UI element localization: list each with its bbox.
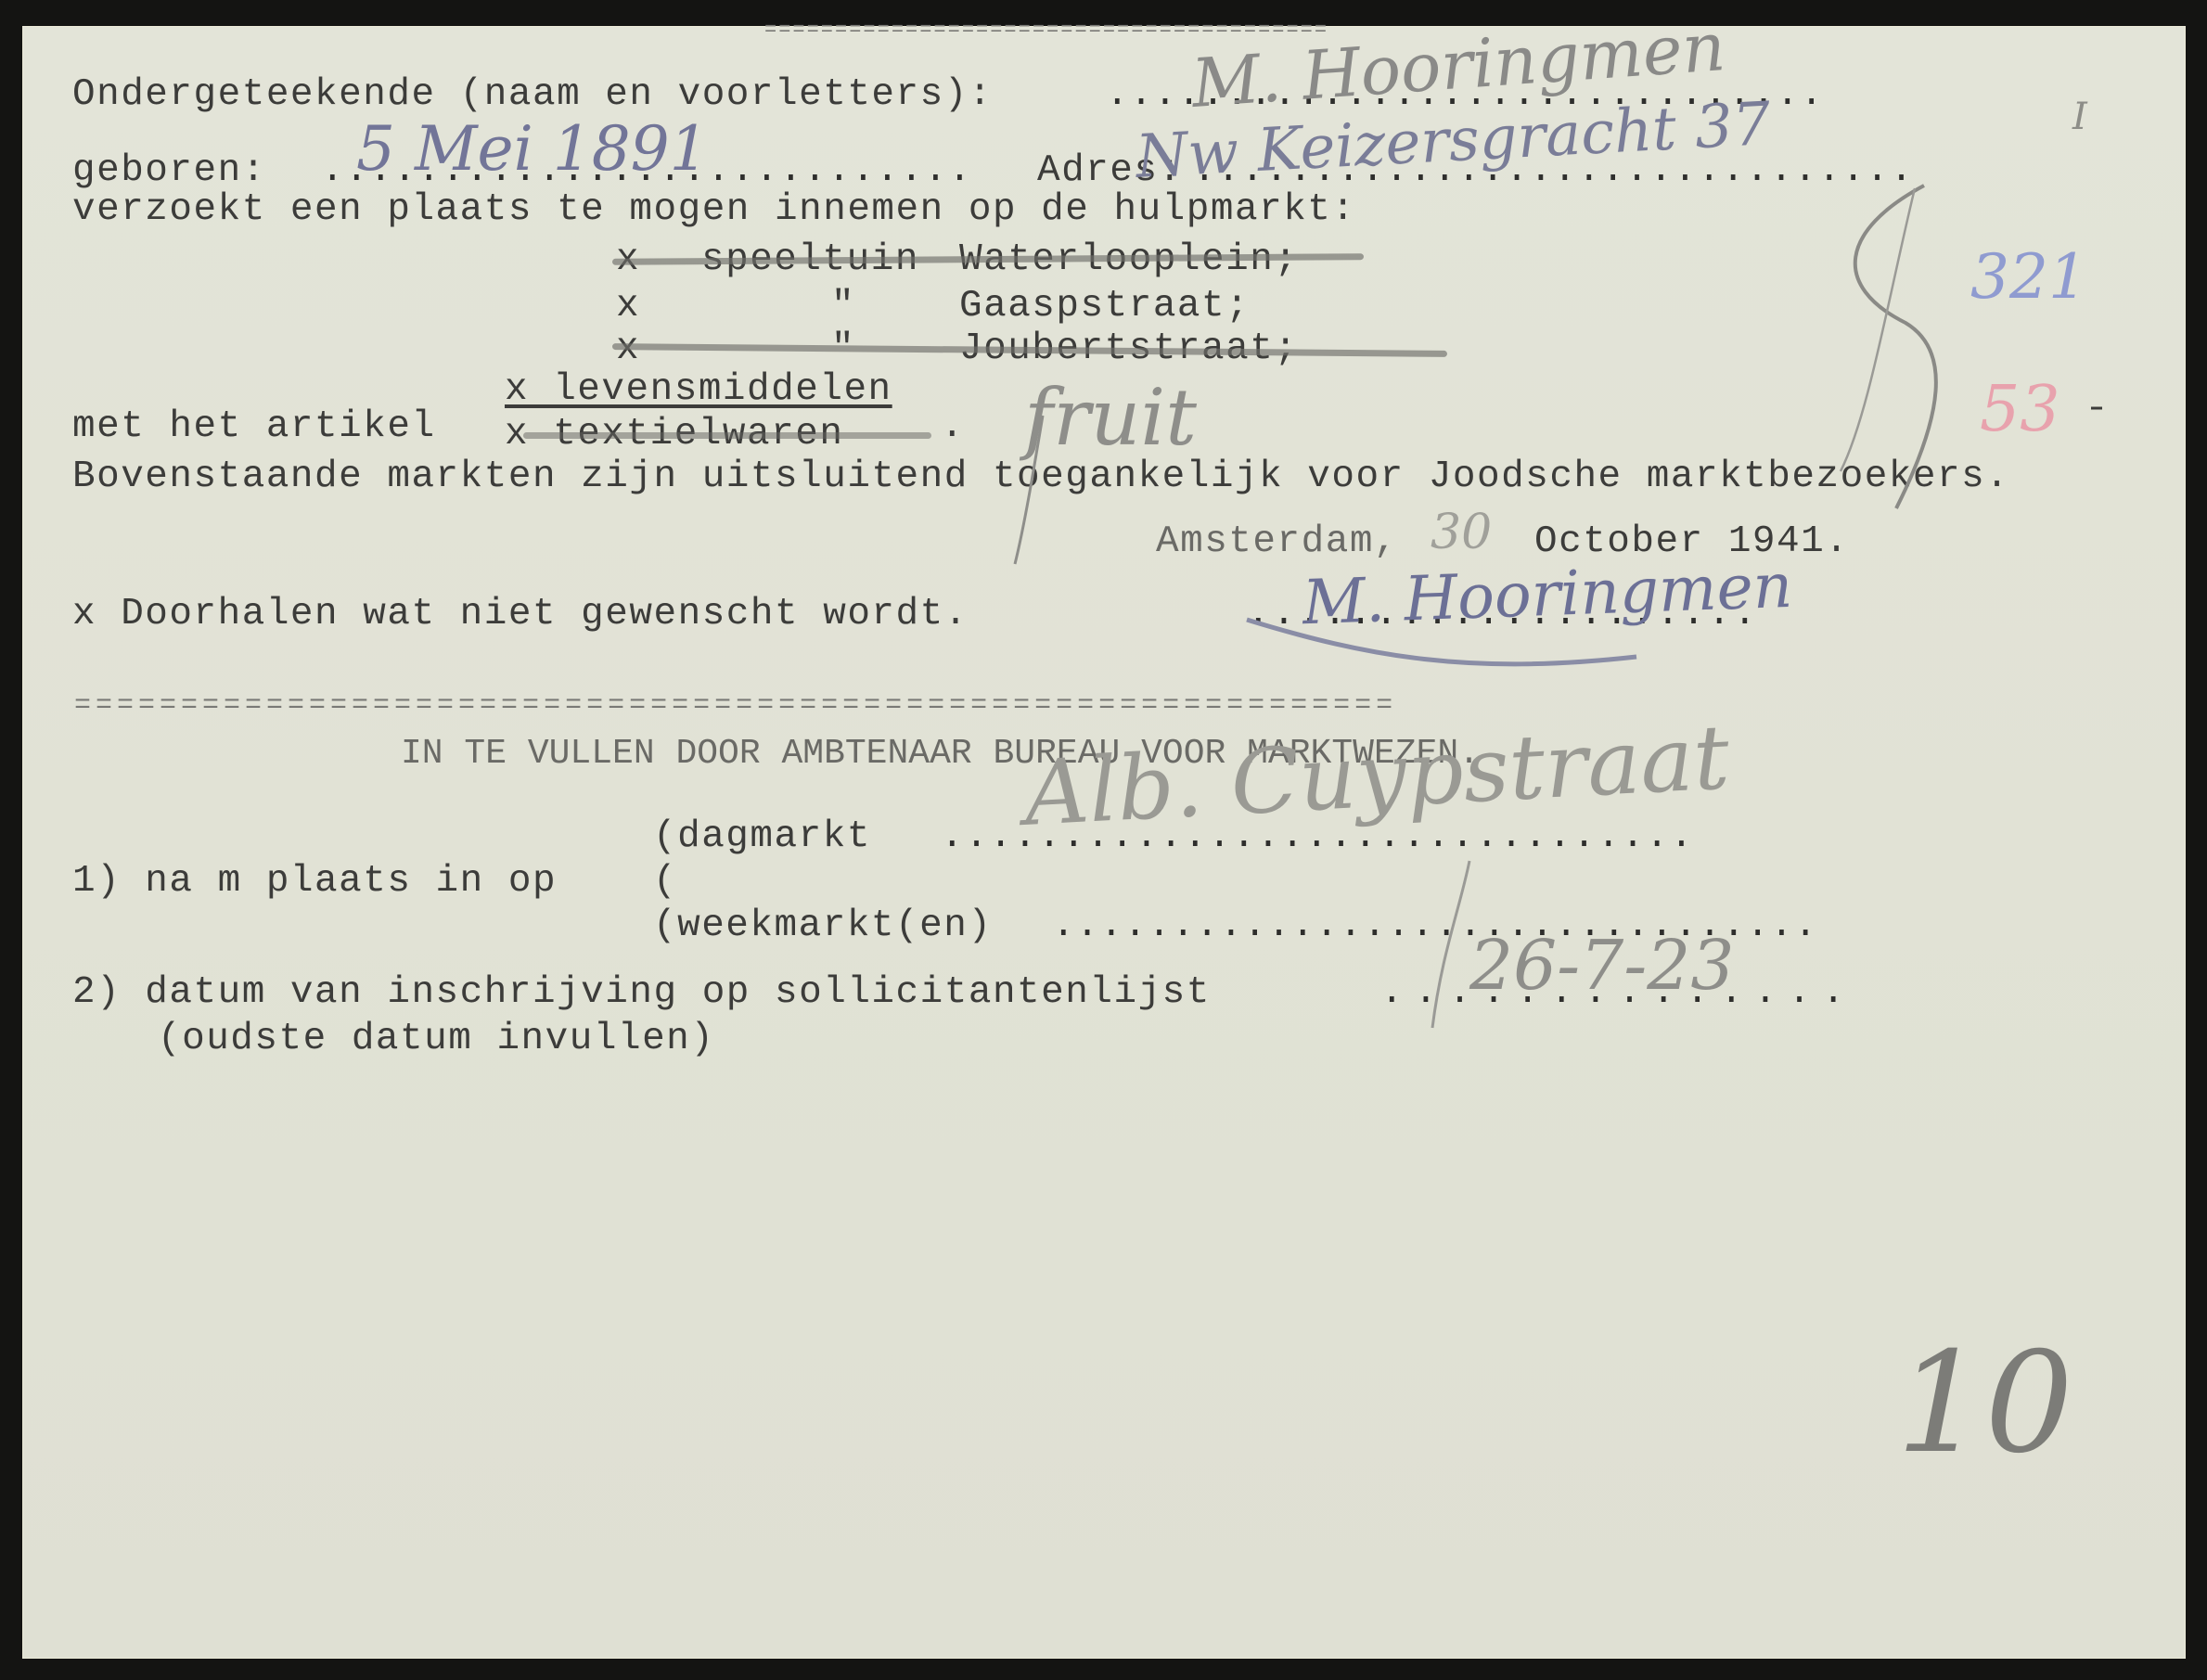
page-number: 10 bbox=[1896, 1334, 2073, 1473]
name-label: Ondergeteekende (naam en voorletters): bbox=[72, 76, 993, 114]
blue-crayon-number: 321 bbox=[1970, 247, 2087, 308]
red-crayon-number: 53 bbox=[1980, 378, 2060, 442]
notice-text: Bovenstaande markten zijn uitsluitend to… bbox=[72, 458, 2009, 496]
item2-label: 2) datum van inschrijving op sollicitant… bbox=[72, 974, 1211, 1012]
signature: M. Hooringmen bbox=[1302, 556, 1793, 634]
article-label: met het artikel bbox=[72, 408, 436, 446]
request-line: verzoekt een plaats te mogen innemen op … bbox=[72, 191, 1356, 229]
weekmarket-label: (weekmarkt(en) bbox=[653, 907, 992, 945]
article-period: . bbox=[941, 408, 965, 446]
article-note: fruit bbox=[1024, 378, 1197, 456]
address-suffix: I bbox=[2072, 98, 2087, 135]
place-date-day: 30 bbox=[1431, 508, 1492, 557]
strike-textile bbox=[523, 432, 931, 439]
item2-value: 26-7-23 bbox=[1469, 931, 1734, 1000]
article-food: x levensmiddelen bbox=[505, 371, 892, 409]
item1-paren: ( bbox=[653, 863, 677, 901]
daymarket-dots: ............................... bbox=[941, 818, 1694, 856]
born-label: geboren: bbox=[72, 152, 266, 190]
market-name-gaaspstraat: Gaaspstraat; bbox=[959, 288, 1250, 326]
form-card: ========================================… bbox=[22, 26, 2186, 1659]
market-marker-2: x bbox=[616, 288, 640, 326]
market-prefix-2: " bbox=[831, 288, 855, 326]
strike-instruction: x Doorhalen wat niet gewenscht wordt. bbox=[72, 596, 969, 634]
item2-note: (oudste datum invullen) bbox=[158, 1020, 714, 1058]
item1-label: 1) na m plaats in op bbox=[72, 863, 557, 901]
born-value: 5 Mei 1891 bbox=[356, 119, 709, 180]
official-divider: ========================================… bbox=[74, 692, 2115, 720]
daymarket-label: (dagmarkt bbox=[653, 818, 871, 856]
place-date-prefix: Amsterdam, bbox=[1156, 523, 1398, 561]
